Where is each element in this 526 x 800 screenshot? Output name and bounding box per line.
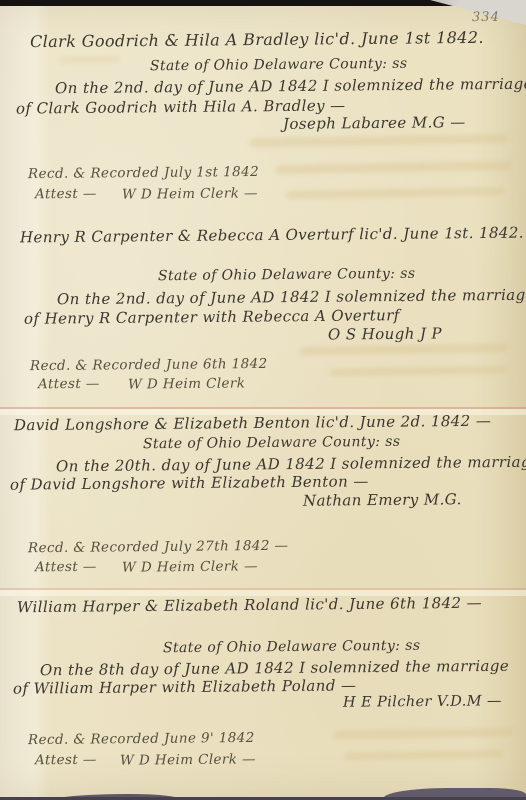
solemnization-line: On the 2nd. day of June AD 1842 I solemn… (55, 75, 526, 98)
officiant-signature: Joseph Labaree M.G — (283, 113, 466, 133)
page-number: 334 (472, 10, 500, 25)
recorded-line: Recd. & Recorded July 1st 1842 (28, 164, 259, 182)
attest-label: Attest — (35, 186, 97, 203)
entry-heading-line: David Longshore & Elizabeth Benton lic'd… (14, 412, 491, 435)
solemnization-line: On the 8th day of June AD 1842 I solemni… (40, 657, 509, 680)
recorded-line: Recd. & Recorded July 27th 1842 — (28, 538, 289, 556)
ink-bleed-mark (249, 134, 509, 148)
solemnization-line: On the 20th. day of June AD 1842 I solem… (56, 453, 526, 476)
state-county-line: State of Ohio Delaware County: ss (150, 56, 408, 74)
scanned-page: 334 Clark Goodrich & Hila A Bradley lic'… (0, 0, 526, 800)
clerk-signature: W D Heim Clerk — (120, 751, 256, 768)
solemnization-line: On the 2nd. day of June AD 1842 I solemn… (57, 286, 526, 309)
ink-bleed-mark (285, 187, 505, 199)
state-county-line: State of Ohio Delaware County: ss (163, 638, 421, 656)
state-county-line: State of Ohio Delaware County: ss (143, 434, 401, 452)
entry-heading-line: Clark Goodrich & Hila A Bradley lic'd. J… (30, 28, 484, 51)
ink-bleed-mark (299, 343, 509, 356)
ink-bleed-mark (332, 727, 514, 739)
officiant-signature: Nathan Emery M.G. (303, 490, 462, 510)
recorded-line: Recd. & Recorded June 9' 1842 (28, 730, 255, 748)
recorded-line: Recd. & Recorded June 6th 1842 (30, 356, 268, 374)
ink-bleed-mark (329, 365, 509, 376)
attest-label: Attest — (35, 559, 97, 576)
clerk-signature: W D Heim Clerk (128, 375, 245, 392)
ink-bleed-mark (57, 55, 120, 63)
parties-line: of William Harper with Elizabeth Poland … (13, 676, 357, 697)
ink-bleed-mark (275, 161, 513, 174)
officiant-signature: H E Pilcher V.D.M — (343, 693, 502, 711)
state-county-line: State of Ohio Delaware County: ss (158, 266, 416, 284)
ink-bleed-mark (344, 750, 504, 761)
clerk-signature: W D Heim Clerk — (122, 185, 258, 202)
entry-heading-line: Henry R Carpenter & Rebecca A Overturf l… (20, 224, 524, 247)
attest-label: Attest — (38, 376, 100, 393)
officiant-signature: O S Hough J P (328, 324, 442, 343)
entry-heading-line: William Harper & Elizabeth Roland lic'd.… (17, 594, 482, 616)
attest-label: Attest — (35, 752, 97, 769)
parties-line: of David Longshore with Elizabeth Benton… (10, 472, 369, 493)
clerk-signature: W D Heim Clerk — (122, 558, 258, 575)
